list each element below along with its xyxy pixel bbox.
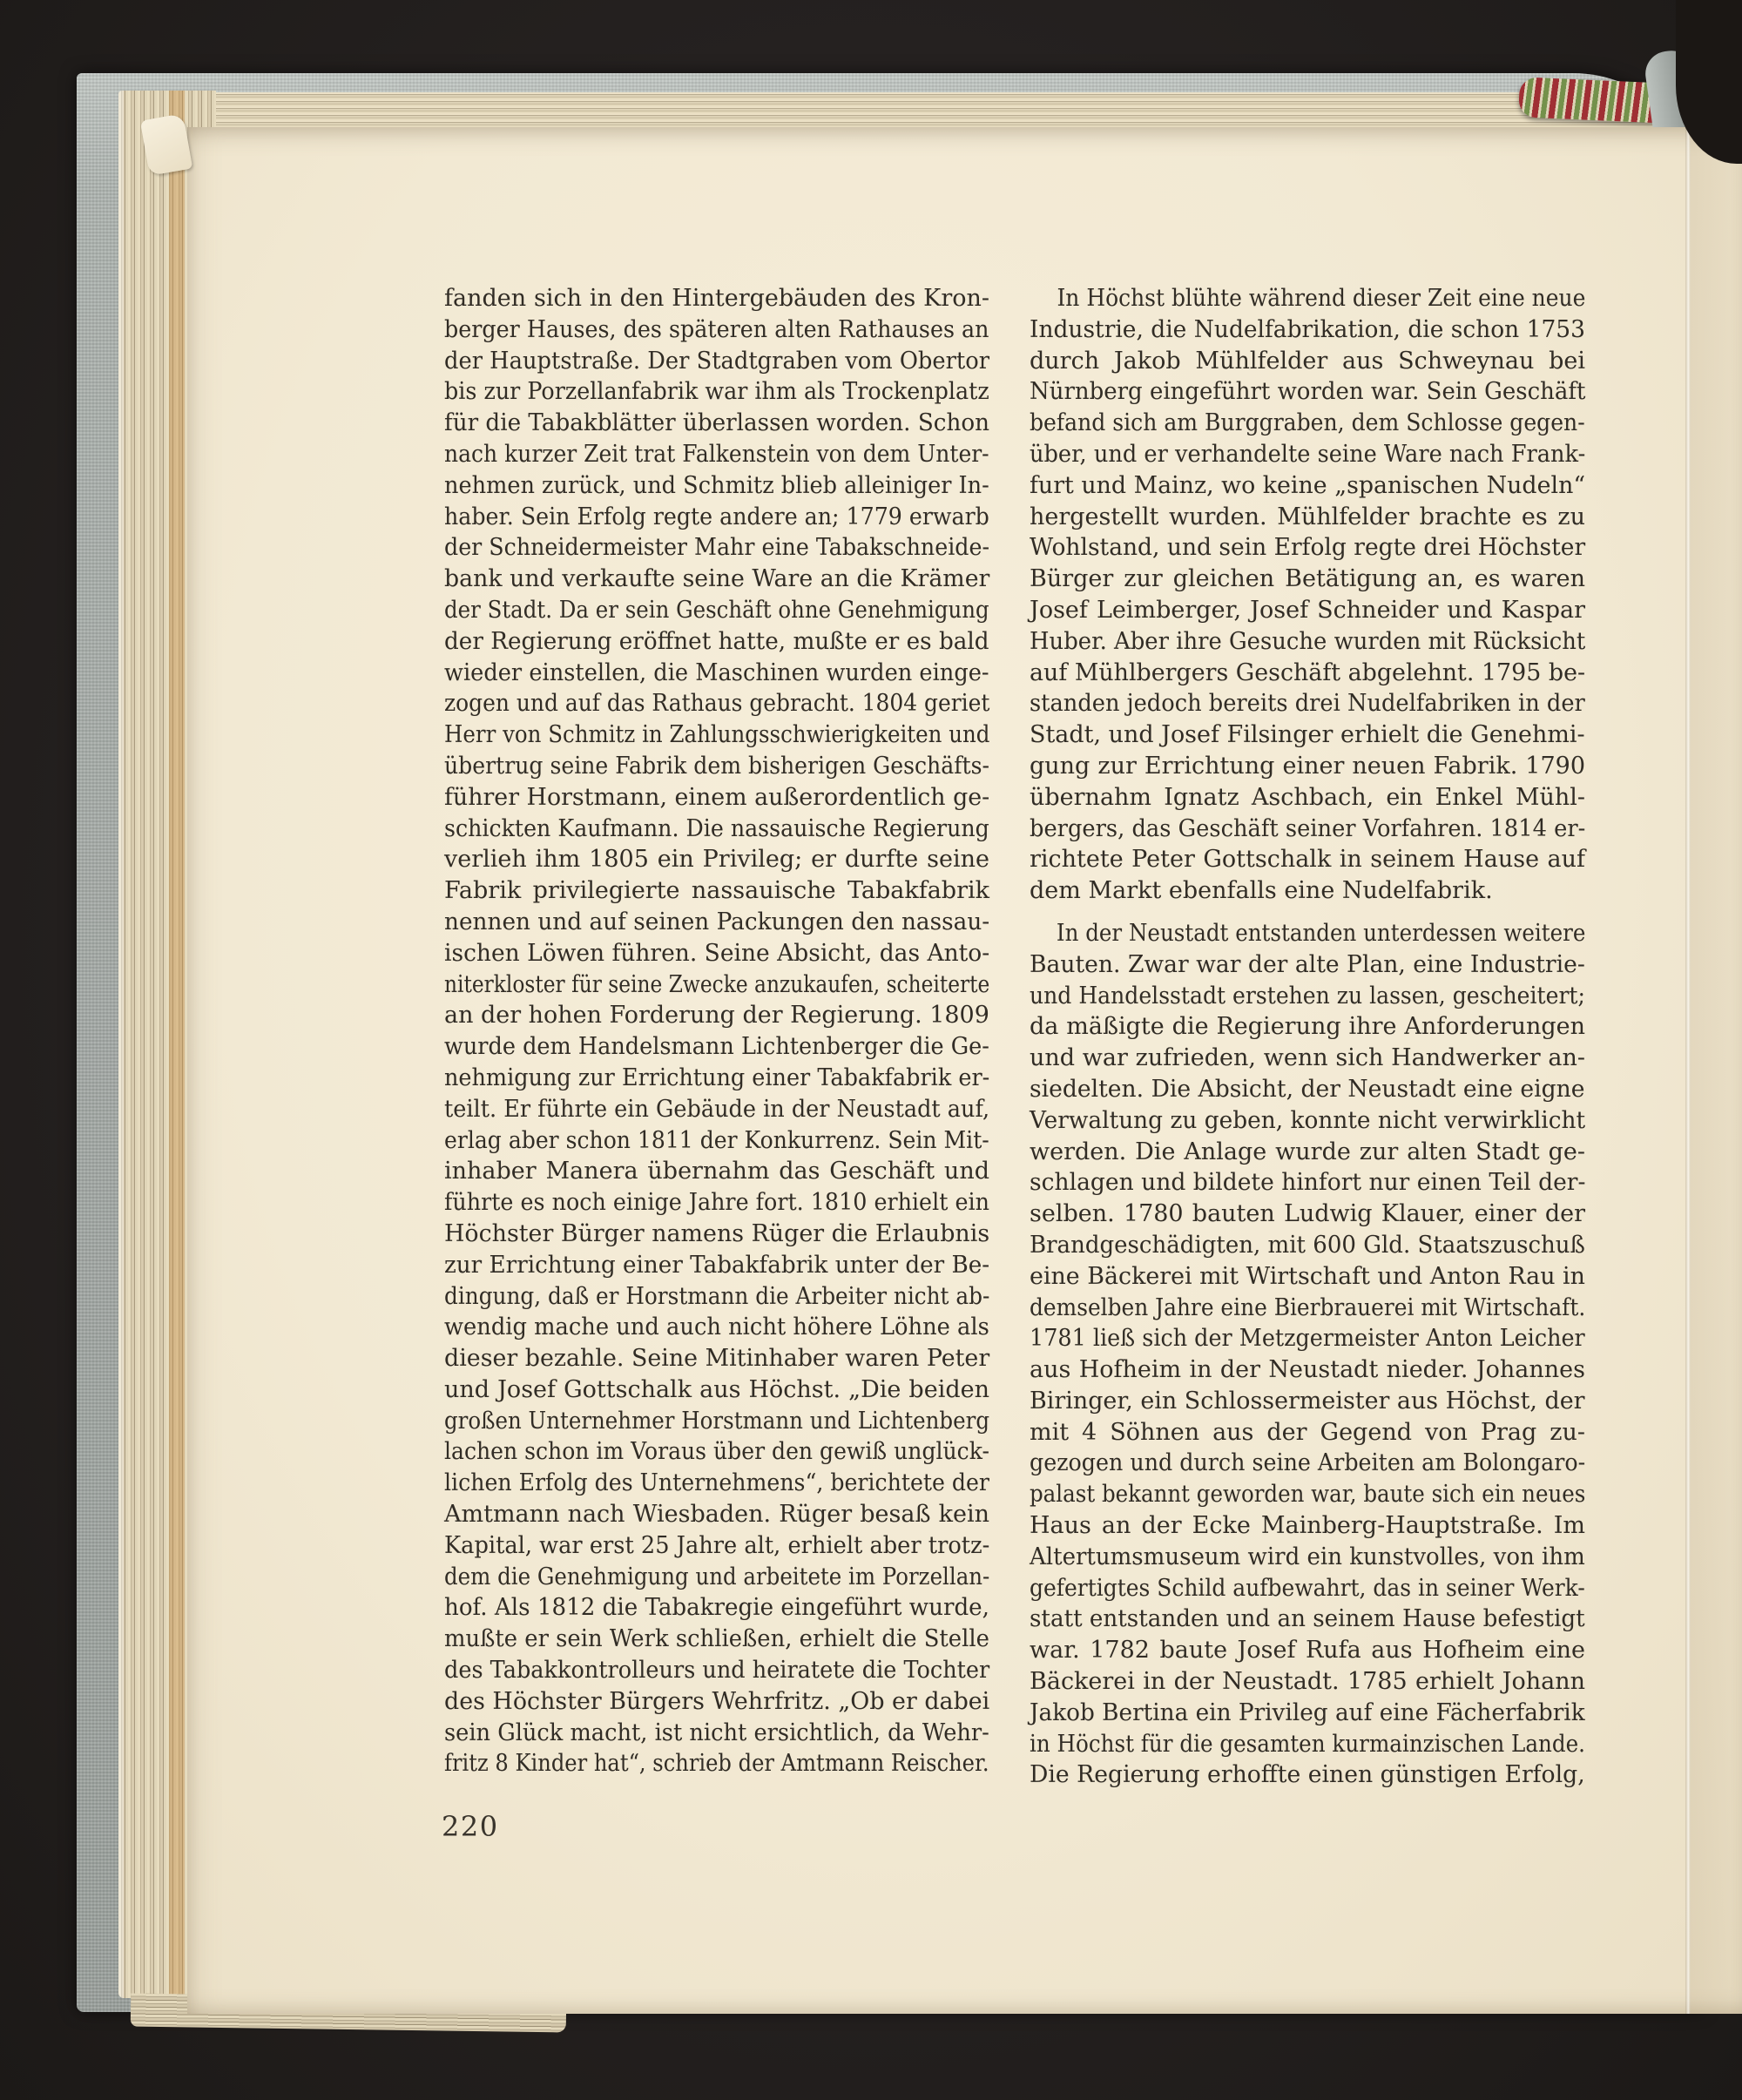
text-line: da mäßigte die Regierung ihre Anforderun… <box>1030 1011 1585 1043</box>
text-line: dingung, daß er Horstmann die Arbeiter n… <box>444 1281 944 1313</box>
text-column-left: fanden sich in den Hintergebäuden des Kr… <box>444 283 989 1779</box>
text-line: in Höchst für die gesamten kurmainzische… <box>1030 1729 1536 1760</box>
page-crease <box>1685 127 1691 2014</box>
text-line: fanden sich in den Hintergebäuden des Kr… <box>444 283 989 314</box>
text-line: ischen Löwen führen. Seine Absicht, das … <box>444 938 979 969</box>
text-line: In der Neustadt entstanden unterdessen w… <box>1030 918 1535 949</box>
text-line: bank und verkaufte seine Ware an die Krä… <box>444 564 985 595</box>
text-line: wurde dem Handelsmann Lichtenberger die … <box>444 1031 960 1063</box>
text-line: Biringer, ein Schlossermeister aus Höchs… <box>1030 1386 1583 1417</box>
text-line: des Höchster Bürgers Wehrfritz. „Ob er d… <box>444 1686 987 1718</box>
text-line: verlieh ihm 1805 ein Privileg; er durfte… <box>444 844 989 875</box>
text-line: für die Tabakblätter überlassen worden. … <box>444 408 974 439</box>
text-line: Bauten. Zwar war der alte Plan, eine Ind… <box>1030 949 1577 981</box>
text-line: lichen Erfolg des Unternehmens“, bericht… <box>444 1468 953 1499</box>
text-line: gefertigtes Schild aufbewahrt, das in se… <box>1030 1573 1543 1604</box>
text-line: statt entstanden und an seinem Hause bef… <box>1030 1604 1569 1635</box>
text-line: demselben Jahre eine Bierbrauerei mit Wi… <box>1030 1293 1541 1324</box>
text-line: gezogen und durch seine Arbeiten am Bolo… <box>1030 1448 1551 1479</box>
text-line: der Stadt. Da er sein Geschäft ohne Gene… <box>444 595 938 626</box>
text-line: und war zufrieden, wenn sich Handwerker … <box>1030 1043 1585 1074</box>
text-line: erlag aber schon 1811 der Konkurrenz. Se… <box>444 1125 950 1157</box>
text-line: mit 4 Söhnen aus der Gegend von Prag zu- <box>1030 1417 1585 1448</box>
text-line: hergestellt wurden. Mühlfelder brachte e… <box>1030 502 1585 533</box>
text-line: 1781 ließ sich der Metzgermeister Anton … <box>1030 1323 1553 1354</box>
paragraph: fanden sich in den Hintergebäuden des Kr… <box>444 283 989 1779</box>
text-line: Stadt, und Josef Filsinger erhielt die G… <box>1030 719 1584 751</box>
text-line: zur Errichtung einer Tabakfabrik unter d… <box>444 1250 974 1281</box>
text-line: Die Regierung erhoffte einen günstigen E… <box>1030 1759 1578 1791</box>
text-line: bergers, das Geschäft seiner Vorfahren. … <box>1030 814 1559 845</box>
text-line: führer Horstmann, einem außerordentlich … <box>444 782 986 814</box>
text-line: Verwaltung zu geben, konnte nicht verwir… <box>1030 1105 1572 1137</box>
text-line: befand sich am Burggraben, dem Schlosse … <box>1030 408 1545 439</box>
text-line: wieder einstellen, die Maschinen wurden … <box>444 658 962 689</box>
page-number: 220 <box>442 1810 499 1843</box>
text-line: der Hauptstraße. Der Stadtgraben vom Obe… <box>444 346 963 377</box>
text-line: und Handelsstadt erstehen zu lassen, ges… <box>1030 981 1545 1012</box>
gutter-shade <box>1691 127 1742 2014</box>
text-line: übertrug seine Fabrik dem bisherigen Ges… <box>444 751 951 782</box>
text-line: Huber. Aber ihre Gesuche wurden mit Rück… <box>1030 626 1562 658</box>
text-line: Höchster Bürger namens Rüger die Erlaubn… <box>444 1219 987 1250</box>
text-line: siedelten. Die Absicht, der Neustadt ein… <box>1030 1074 1577 1105</box>
text-line: nach kurzer Zeit trat Falkenstein von de… <box>444 439 949 470</box>
text-line: nehmigung zur Errichtung einer Tabakfabr… <box>444 1063 959 1094</box>
text-line: durch Jakob Mühlfelder aus Schweynau bei <box>1030 346 1585 377</box>
text-line: furt und Mainz, wo keine „spanischen Nud… <box>1030 470 1582 502</box>
text-line: teilt. Er führte ein Gebäude in der Neus… <box>444 1094 960 1125</box>
text-line: und Josef Gottschalk aus Höchst. „Die be… <box>444 1374 989 1406</box>
text-line: Fabrik privilegierte nassauische Tabakfa… <box>444 875 989 907</box>
text-line: nehmen zurück, und Schmitz blieb alleini… <box>444 470 961 502</box>
text-line: haber. Sein Erfolg regte andere an; 1779… <box>444 502 955 533</box>
text-line: Industrie, die Nudelfabrikation, die sch… <box>1030 314 1574 346</box>
text-line: inhaber Manera übernahm das Geschäft und <box>444 1156 989 1187</box>
text-line: schlagen und bildete hinfort nur einen T… <box>1030 1167 1576 1199</box>
text-line: Jakob Bertina ein Privileg auf eine Fäch… <box>1030 1698 1570 1729</box>
text-line: der Schneidermeister Mahr eine Tabakschn… <box>444 532 955 564</box>
text-line: hof. Als 1812 die Tabakregie eingeführt … <box>444 1592 972 1624</box>
text-line: des Tabakkontrolleurs und heiratete die … <box>444 1655 960 1686</box>
text-line: der Regierung eröffnet hatte, mußte er e… <box>444 626 975 658</box>
text-line: wendig mache und auch nicht höhere Löhne… <box>444 1312 963 1343</box>
paragraph: In der Neustadt entstanden unterdessen w… <box>1030 918 1585 1791</box>
text-line: eine Bäckerei mit Wirtschaft und Anton R… <box>1030 1261 1583 1293</box>
text-line: aus Hofheim in der Neustadt nieder. Joha… <box>1030 1354 1585 1386</box>
text-line: lachen schon im Voraus über den gewiß un… <box>444 1436 950 1468</box>
text-line: auf Mühlbergers Geschäft abgelehnt. 1795… <box>1030 658 1583 689</box>
text-line: großen Unternehmer Horstmann und Lichten… <box>444 1406 939 1437</box>
book-photo: fanden sich in den Hintergebäuden des Kr… <box>0 0 1742 2100</box>
text-line: werden. Die Anlage wurde zur alten Stadt… <box>1030 1137 1585 1168</box>
text-line: mußte er sein Werk schließen, erhielt di… <box>444 1624 966 1655</box>
text-line: bis zur Porzellanfabrik war ihm als Troc… <box>444 376 956 408</box>
text-line: berger Hauses, des späteren alten Rathau… <box>444 314 956 346</box>
text-line: sein Glück macht, ist nicht ersichtlich,… <box>444 1718 962 1749</box>
text-line: In Höchst blühte während dieser Zeit ein… <box>1030 283 1543 314</box>
text-line: dem Markt ebenfalls eine Nudelfabrik. <box>1030 875 1585 907</box>
text-line: führte es noch einige Jahre fort. 1810 e… <box>444 1187 956 1219</box>
text-line: Bäckerei in der Neustadt. 1785 erhielt J… <box>1030 1666 1585 1698</box>
text-line: dieser bezahle. Seine Mitinhaber waren P… <box>444 1343 987 1374</box>
text-line: Altertumsmuseum wird ein kunstvolles, vo… <box>1030 1542 1565 1573</box>
text-line: Nürnberg eingeführt worden war. Sein Ges… <box>1030 376 1564 408</box>
text-column-right: In Höchst blühte während dieser Zeit ein… <box>1030 283 1585 1791</box>
text-line: Haus an der Ecke Mainberg-Hauptstraße. I… <box>1030 1510 1585 1542</box>
text-line: Amtmann nach Wiesbaden. Rüger besaß kein <box>444 1499 989 1530</box>
text-line: niterkloster für seine Zwecke anzukaufen… <box>444 969 915 1001</box>
text-line: nennen und auf seinen Packungen den nass… <box>444 907 976 938</box>
text-line: fritz 8 Kinder hat“, schrieb der Amtmann… <box>444 1748 933 1779</box>
text-line: übernahm Ignatz Aschbach, ein Enkel Mühl… <box>1030 782 1585 814</box>
text-line: Herr von Schmitz in Zahlungsschwierigkei… <box>444 719 939 751</box>
text-line: Brandgeschädigten, mit 600 Gld. Staatszu… <box>1030 1230 1565 1261</box>
text-line: Josef Leimberger, Josef Schneider und Ka… <box>1030 595 1585 626</box>
text-line: schickten Kaufmann. Die nassauische Regi… <box>444 814 955 845</box>
text-line: palast bekannt geworden war, baute sich … <box>1030 1479 1534 1510</box>
paragraph: In Höchst blühte während dieser Zeit ein… <box>1030 283 1585 907</box>
text-line: standen jedoch bereits drei Nudelfabrike… <box>1030 688 1558 719</box>
text-line: zogen und auf das Rathaus gebracht. 1804… <box>444 688 948 719</box>
text-line: richtete Peter Gottschalk in seinem Haus… <box>1030 844 1585 875</box>
text-line: über, und er verhandelte seine Ware nach… <box>1030 439 1557 470</box>
text-line: Kapital, war erst 25 Jahre alt, erhielt … <box>444 1530 962 1562</box>
text-line: dem die Genehmigung und arbeitete im Por… <box>444 1562 938 1593</box>
text-line: Bürger zur gleichen Betätigung an, es wa… <box>1030 564 1585 595</box>
text-line: war. 1782 baute Josef Rufa aus Hofheim e… <box>1030 1635 1585 1666</box>
text-line: Wohlstand, und sein Erfolg regte drei Hö… <box>1030 532 1575 564</box>
text-line: an der hohen Forderung der Regierung. 18… <box>444 1000 989 1031</box>
text-line: gung zur Errichtung einer neuen Fabrik. … <box>1030 751 1585 782</box>
text-line: selben. 1780 bauten Ludwig Klauer, einer… <box>1030 1199 1585 1230</box>
